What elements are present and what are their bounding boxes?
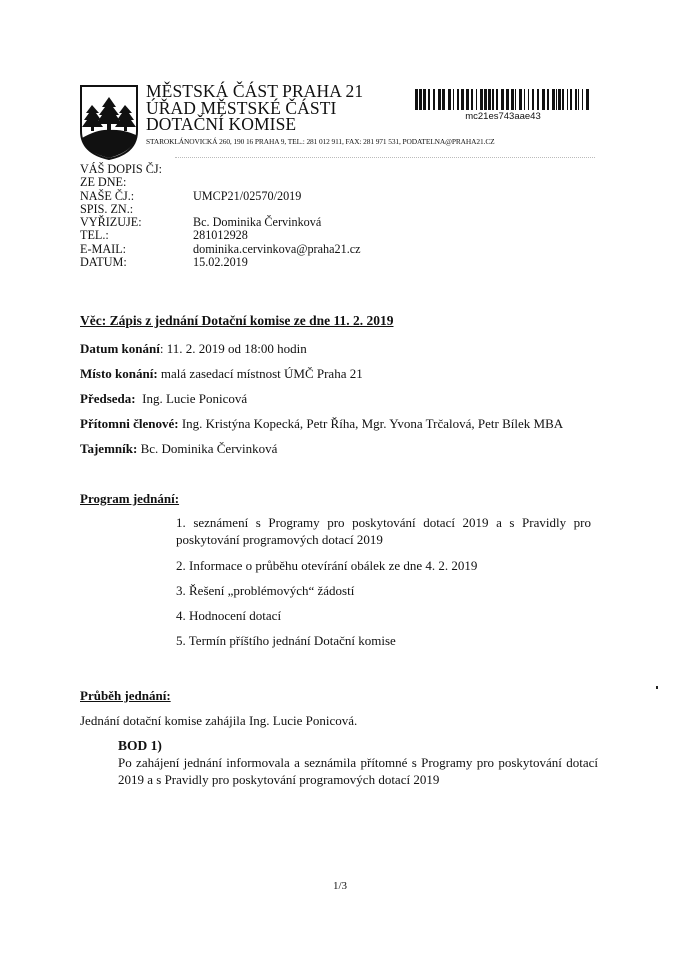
reference-value: dominika.cervinkova@praha21.cz	[193, 243, 361, 256]
meeting-info-label: Místo konání:	[80, 366, 158, 381]
header-line-committee: DOTAČNÍ KOMISE	[146, 116, 363, 133]
reference-label: VÁŠ DOPIS ČJ:	[80, 163, 193, 176]
meeting-info-value: malá zasedací místnost ÚMČ Praha 21	[161, 366, 363, 381]
header-divider	[175, 157, 595, 158]
reference-label: ZE DNE:	[80, 176, 193, 189]
meeting-info-label: Datum konání	[80, 341, 160, 356]
reference-row: NAŠE ČJ.:UMCP21/02570/2019	[80, 190, 361, 203]
program-item-3: 3. Řešení „problémových“ žádostí	[176, 582, 591, 599]
reference-row: ZE DNE:	[80, 176, 361, 189]
reference-value: 15.02.2019	[193, 256, 248, 269]
reference-row: E-MAIL:dominika.cervinkova@praha21.cz	[80, 243, 361, 256]
bod-1-heading: BOD 1)	[118, 737, 598, 754]
reference-row: SPIS. ZN.:	[80, 203, 361, 216]
reference-label: TEL.:	[80, 229, 193, 242]
meeting-info-label: Tajemník:	[80, 441, 137, 456]
meeting-info-value: Ing. Lucie Ponicová	[142, 391, 247, 406]
meeting-info-line: Místo konání: malá zasedací místnost ÚMČ…	[80, 366, 363, 382]
reference-label: DATUM:	[80, 256, 193, 269]
header-address: STAROKLÁNOVICKÁ 260, 190 16 PRAHA 9, TEL…	[146, 137, 495, 146]
program-item-2: 2. Informace o průběhu otevírání obálek …	[176, 557, 591, 574]
reference-label: NAŠE ČJ.:	[80, 190, 193, 203]
reference-value: 281012928	[193, 229, 248, 242]
program-heading: Program jednání:	[80, 491, 179, 507]
bod-1: BOD 1) Po zahájení jednání informovala a…	[118, 737, 598, 788]
reference-row: VYŘIZUJE:Bc. Dominika Červinková	[80, 216, 361, 229]
barcode	[415, 89, 591, 110]
meeting-info-line: Předseda: Ing. Lucie Ponicová	[80, 391, 247, 407]
meeting-info-label: Přítomni členové:	[80, 416, 179, 431]
scan-speck	[656, 686, 658, 689]
office-header: MĚSTSKÁ ČÁST PRAHA 21 ÚŘAD MĚSTSKÉ ČÁSTI…	[146, 83, 363, 133]
meeting-info-value: Bc. Dominika Červinková	[141, 441, 278, 456]
separator: :	[160, 341, 167, 356]
coat-of-arms-trees-icon	[78, 83, 140, 161]
program-item-1: 1. seznámení s Programy pro poskytování …	[176, 514, 591, 548]
meeting-info-line: Přítomni členové: Ing. Kristýna Kopecká,…	[80, 416, 563, 432]
barcode-text: mc21es743aae43	[415, 111, 591, 122]
bod-1-text: Po zahájení jednání informovala a seznám…	[118, 754, 598, 788]
meeting-info-value: 11. 2. 2019 od 18:00 hodin	[167, 341, 307, 356]
reference-label: VYŘIZUJE:	[80, 216, 193, 229]
program-item-4: 4. Hodnocení dotací	[176, 607, 591, 624]
page-number: 1/3	[300, 880, 380, 892]
meeting-info-line: Tajemník: Bc. Dominika Červinková	[80, 441, 277, 457]
reference-value: Bc. Dominika Červinková	[193, 216, 321, 229]
subject-heading: Věc: Zápis z jednání Dotační komise ze d…	[80, 313, 394, 329]
reference-row: VÁŠ DOPIS ČJ:	[80, 163, 361, 176]
meeting-info-value: Ing. Kristýna Kopecká, Petr Říha, Mgr. Y…	[182, 416, 563, 431]
program-item-5: 5. Termín příštího jednání Dotační komis…	[176, 632, 591, 649]
reference-row: DATUM:15.02.2019	[80, 256, 361, 269]
reference-row: TEL.:281012928	[80, 229, 361, 242]
meeting-info-label: Předseda:	[80, 391, 136, 406]
reference-label: SPIS. ZN.:	[80, 203, 193, 216]
reference-block: VÁŠ DOPIS ČJ:ZE DNE:NAŠE ČJ.:UMCP21/0257…	[80, 163, 361, 269]
proceedings-heading: Průběh jednání:	[80, 688, 171, 704]
meeting-info-line: Datum konání: 11. 2. 2019 od 18:00 hodin	[80, 341, 307, 357]
reference-label: E-MAIL:	[80, 243, 193, 256]
reference-value: UMCP21/02570/2019	[193, 190, 301, 203]
opening-paragraph: Jednání dotační komise zahájila Ing. Luc…	[80, 713, 357, 729]
